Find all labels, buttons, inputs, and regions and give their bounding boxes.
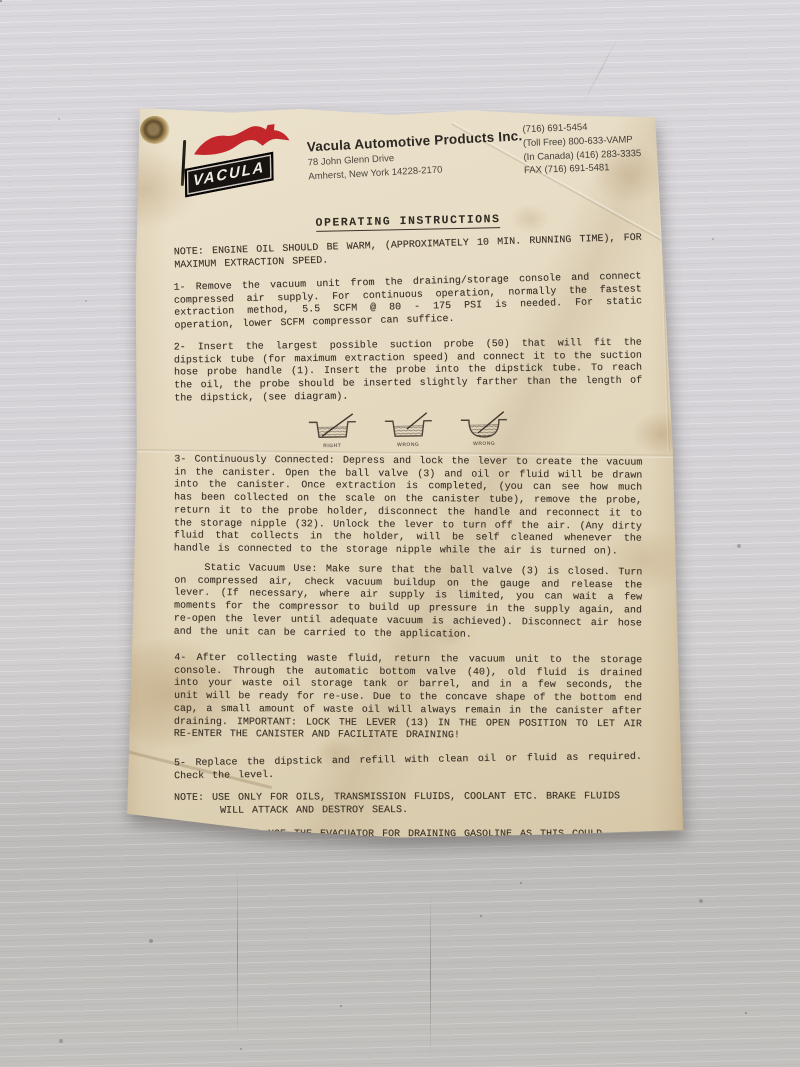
company-block: Vacula Automotive Products Inc. 78 John … bbox=[306, 116, 524, 182]
instruction-step-2: 2- Insert the largest possible suction p… bbox=[174, 338, 643, 406]
doc-title: OPERATING INSTRUCTIONS bbox=[315, 213, 500, 232]
phone-block: (716) 691-5454 (Toll Free) 800-633-VAMP … bbox=[522, 111, 642, 178]
diagram-label: RIGHT bbox=[306, 442, 358, 449]
surface-specks bbox=[0, 0, 2, 2]
instruction-step-5: 5- Replace the dipstick and refill with … bbox=[174, 751, 642, 783]
diagram-item: WRONG bbox=[458, 409, 511, 447]
brand-logo: VACULA bbox=[182, 122, 295, 191]
photo-background: VACULA Vacula Automotive Products Inc. 7… bbox=[0, 0, 800, 1067]
dipstick-bowl-wrong-icon bbox=[458, 409, 510, 440]
instruction-step-4: 4- After collecting waste fluid, return … bbox=[174, 652, 642, 743]
surface-scratch bbox=[237, 865, 238, 1040]
diagram-item: RIGHT bbox=[306, 411, 359, 449]
instruction-step-3-static: Static Vacuum Use: Make sure that the ba… bbox=[174, 563, 643, 644]
diagram-label: WRONG bbox=[458, 440, 510, 447]
document-content: VACULA Vacula Automotive Products Inc. 7… bbox=[118, 100, 690, 842]
surface-scratch bbox=[430, 890, 431, 1060]
probe-diagram: RIGHT WRONG bbox=[174, 408, 642, 452]
dipstick-pan-right-icon bbox=[306, 411, 358, 442]
dipstick-pan-wrong-icon bbox=[382, 410, 434, 441]
note-bottom: NOTE: USE ONLY FOR OILS, TRANSMISSION FL… bbox=[174, 791, 642, 818]
instruction-sheet: VACULA Vacula Automotive Products Inc. 7… bbox=[118, 100, 690, 842]
instruction-step-3: 3- Continuously Connected: Depress and l… bbox=[174, 454, 643, 559]
diagram-item: WRONG bbox=[382, 410, 435, 448]
doc-title-row: OPERATING INSTRUCTIONS bbox=[174, 206, 642, 234]
paper: VACULA Vacula Automotive Products Inc. 7… bbox=[118, 100, 690, 842]
letterhead: VACULA Vacula Automotive Products Inc. 7… bbox=[182, 110, 639, 197]
phone-line: FAX (716) 691-5481 bbox=[524, 160, 642, 178]
instruction-step-1: 1- Remove the vacuum unit from the drain… bbox=[173, 272, 642, 334]
diagram-label: WRONG bbox=[382, 441, 434, 448]
note-top: NOTE: ENGINE OIL SHOULD BE WARM, (APPROX… bbox=[174, 233, 643, 273]
